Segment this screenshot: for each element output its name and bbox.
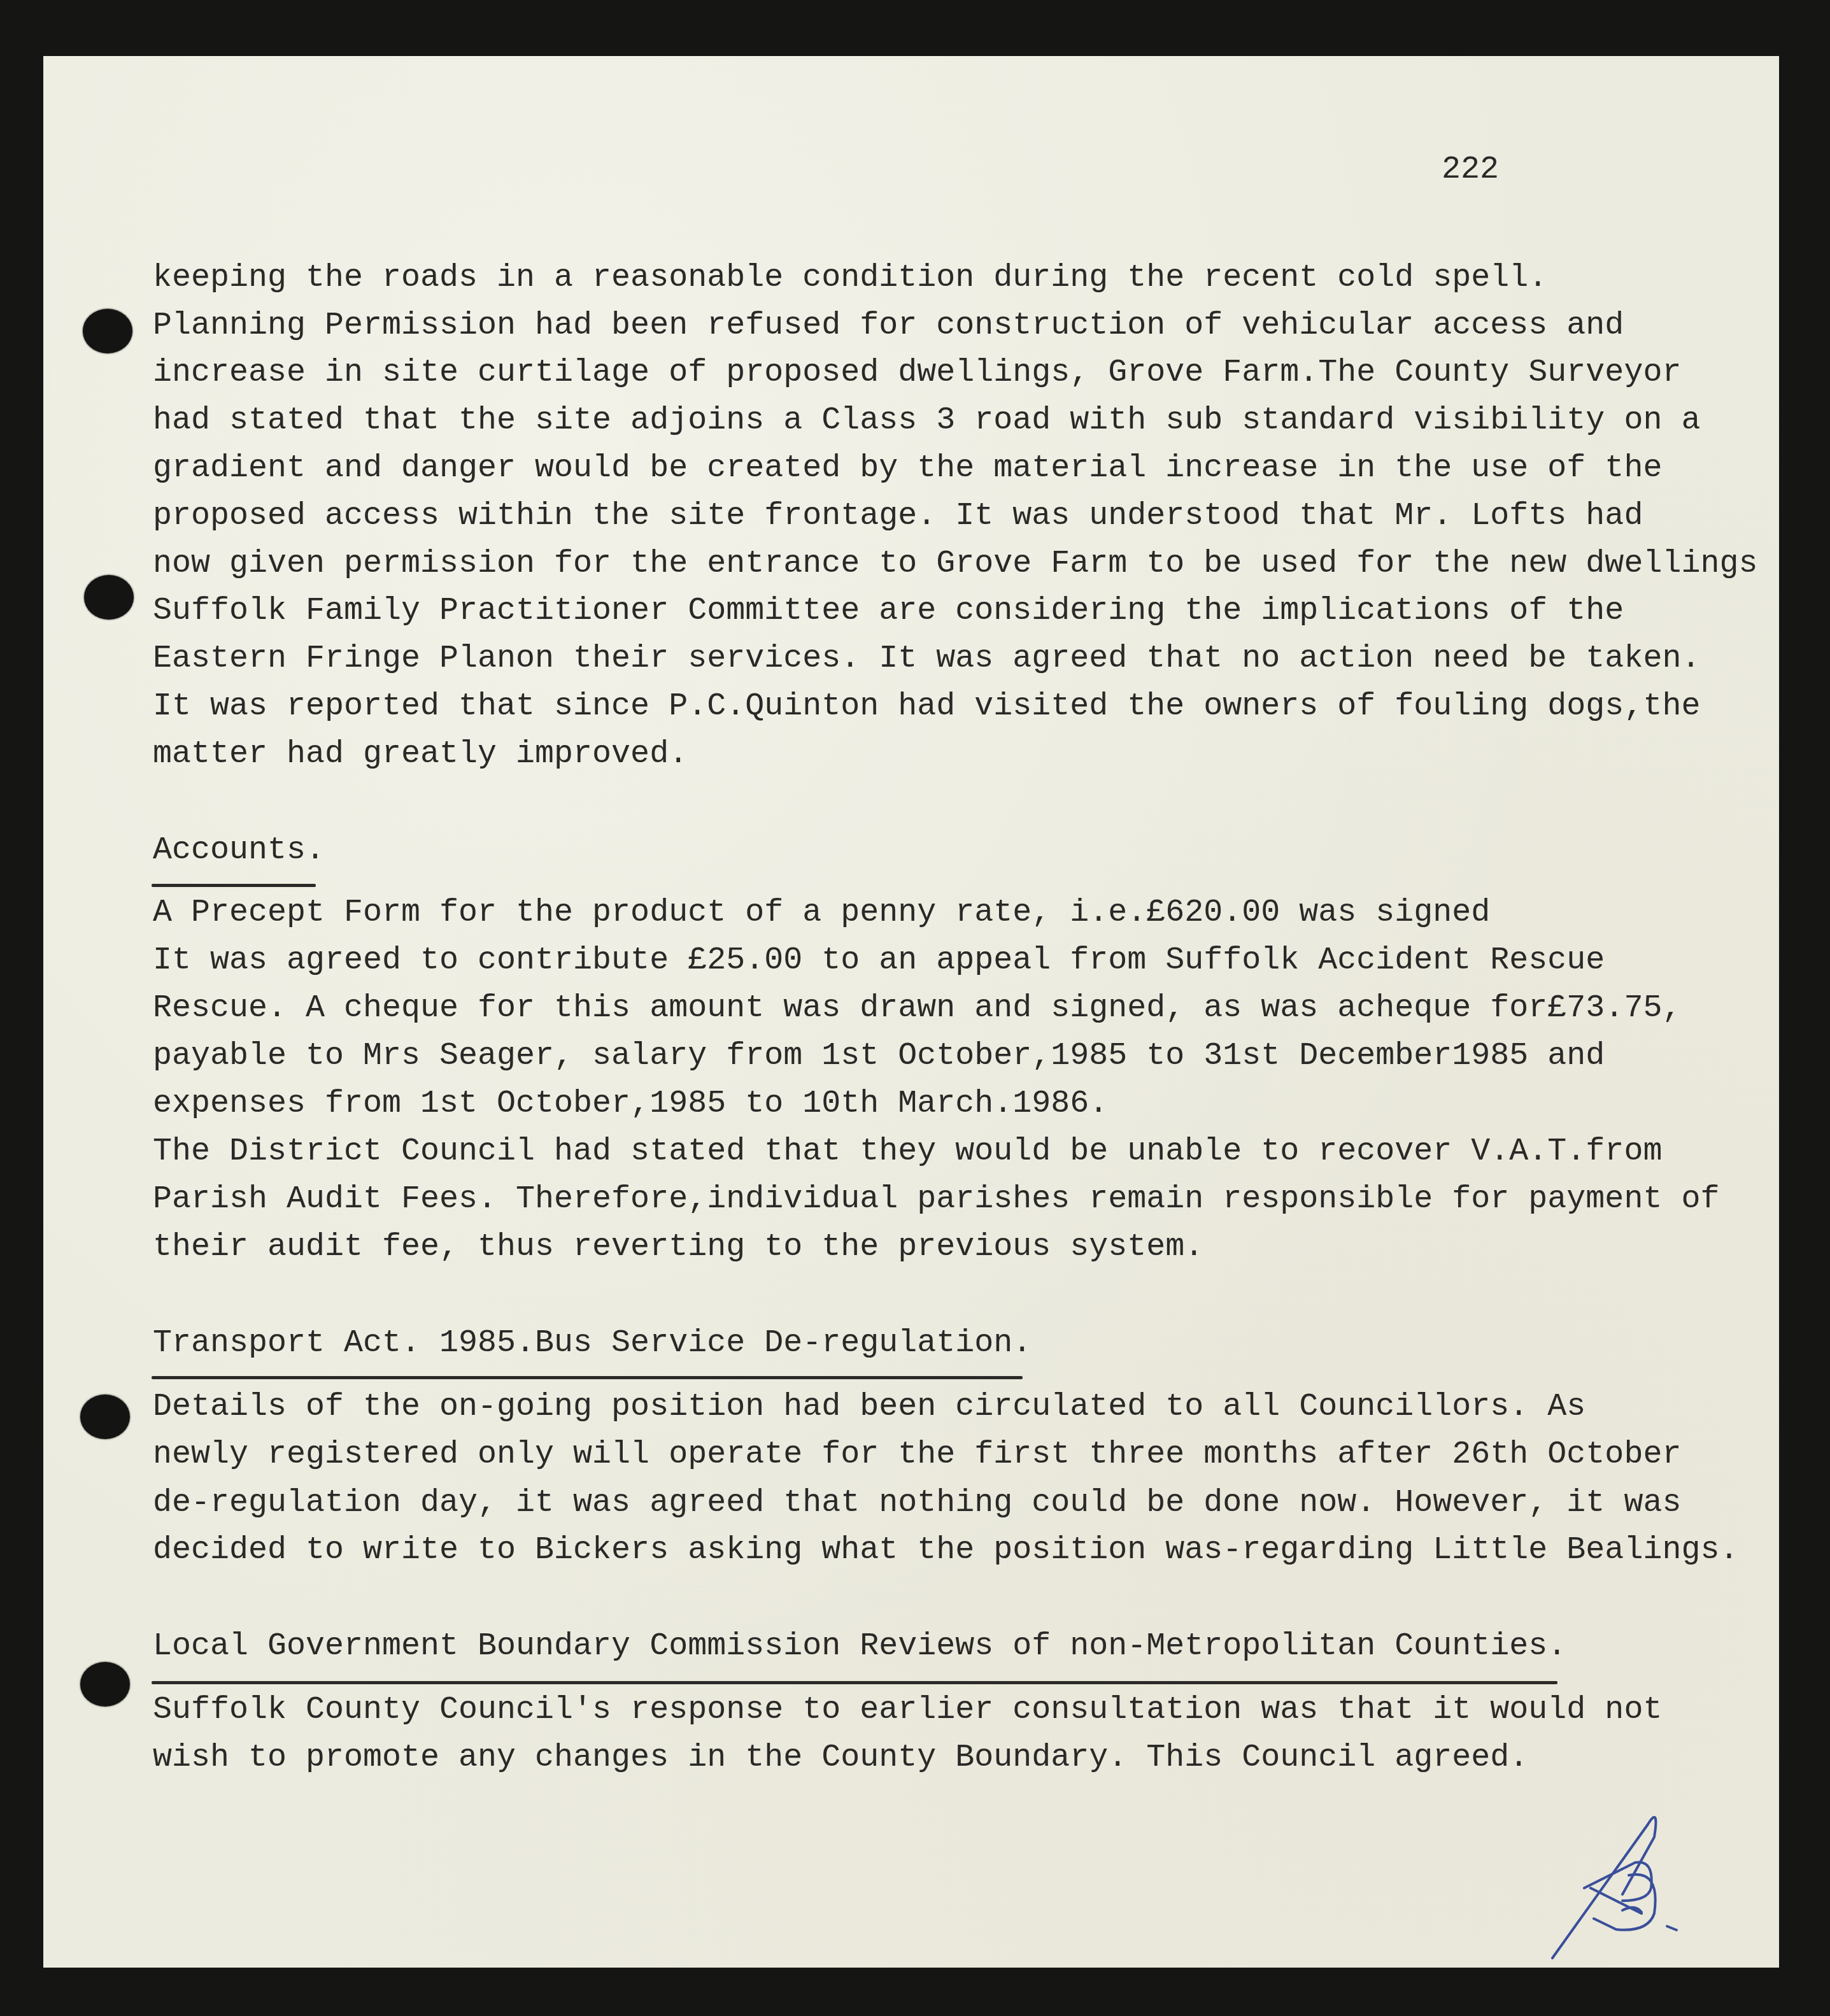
text-line: matter had greatly improved.: [153, 735, 688, 774]
heading-underline: [152, 1376, 1023, 1379]
document-page: 222 keeping the roads in a reasonable co…: [43, 56, 1779, 1968]
text-line: The District Council had stated that the…: [153, 1133, 1662, 1171]
text-line: gradient and danger would be created by …: [153, 450, 1662, 488]
text-line: Parish Audit Fees. Therefore,individual …: [153, 1181, 1719, 1219]
text-line: decided to write to Bickers asking what …: [153, 1531, 1738, 1570]
text-line: wish to promote any changes in the Count…: [153, 1739, 1528, 1777]
text-line: It was agreed to contribute £25.00 to an…: [153, 942, 1605, 980]
text-line: Details of the on-going position had bee…: [153, 1388, 1585, 1426]
text-line: Eastern Fringe Planon their services. It…: [153, 640, 1700, 678]
punch-hole: [84, 575, 134, 620]
section-heading: Local Government Boundary Commission Rev…: [153, 1628, 1566, 1666]
punch-hole: [80, 1662, 130, 1707]
text-line: Suffolk Family Practitioner Committee ar…: [153, 592, 1624, 630]
punch-hole: [83, 309, 132, 353]
text-line: now given permission for the entrance to…: [153, 545, 1757, 583]
section-heading: Accounts.: [153, 832, 325, 870]
text-line: Rescue. A cheque for this amount was dra…: [153, 990, 1681, 1028]
text-line: Planning Permission had been refused for…: [153, 307, 1624, 345]
text-line: their audit fee, thus reverting to the p…: [153, 1228, 1203, 1267]
text-line: payable to Mrs Seager, salary from 1st O…: [153, 1037, 1605, 1075]
text-line: Suffolk County Council's response to ear…: [153, 1691, 1662, 1729]
text-line: increase in site curtilage of proposed d…: [153, 354, 1681, 392]
heading-underline: [152, 1681, 1557, 1684]
signature-icon: [1546, 1767, 1712, 1971]
text-line: newly registered only will operate for t…: [153, 1436, 1681, 1474]
text-line: A Precept Form for the product of a penn…: [153, 894, 1490, 932]
text-line: keeping the roads in a reasonable condit…: [153, 259, 1547, 297]
punch-hole: [80, 1395, 130, 1439]
text-line: expenses from 1st October,1985 to 10th M…: [153, 1085, 1108, 1123]
text-line: de-regulation day, it was agreed that no…: [153, 1484, 1681, 1523]
text-line: had stated that the site adjoins a Class…: [153, 402, 1700, 440]
section-heading: Transport Act. 1985.Bus Service De-regul…: [153, 1324, 1032, 1363]
text-line: It was reported that since P.C.Quinton h…: [153, 688, 1700, 726]
text-line: proposed access within the site frontage…: [153, 497, 1643, 536]
page-number: 222: [1442, 152, 1499, 188]
heading-underline: [152, 884, 316, 887]
